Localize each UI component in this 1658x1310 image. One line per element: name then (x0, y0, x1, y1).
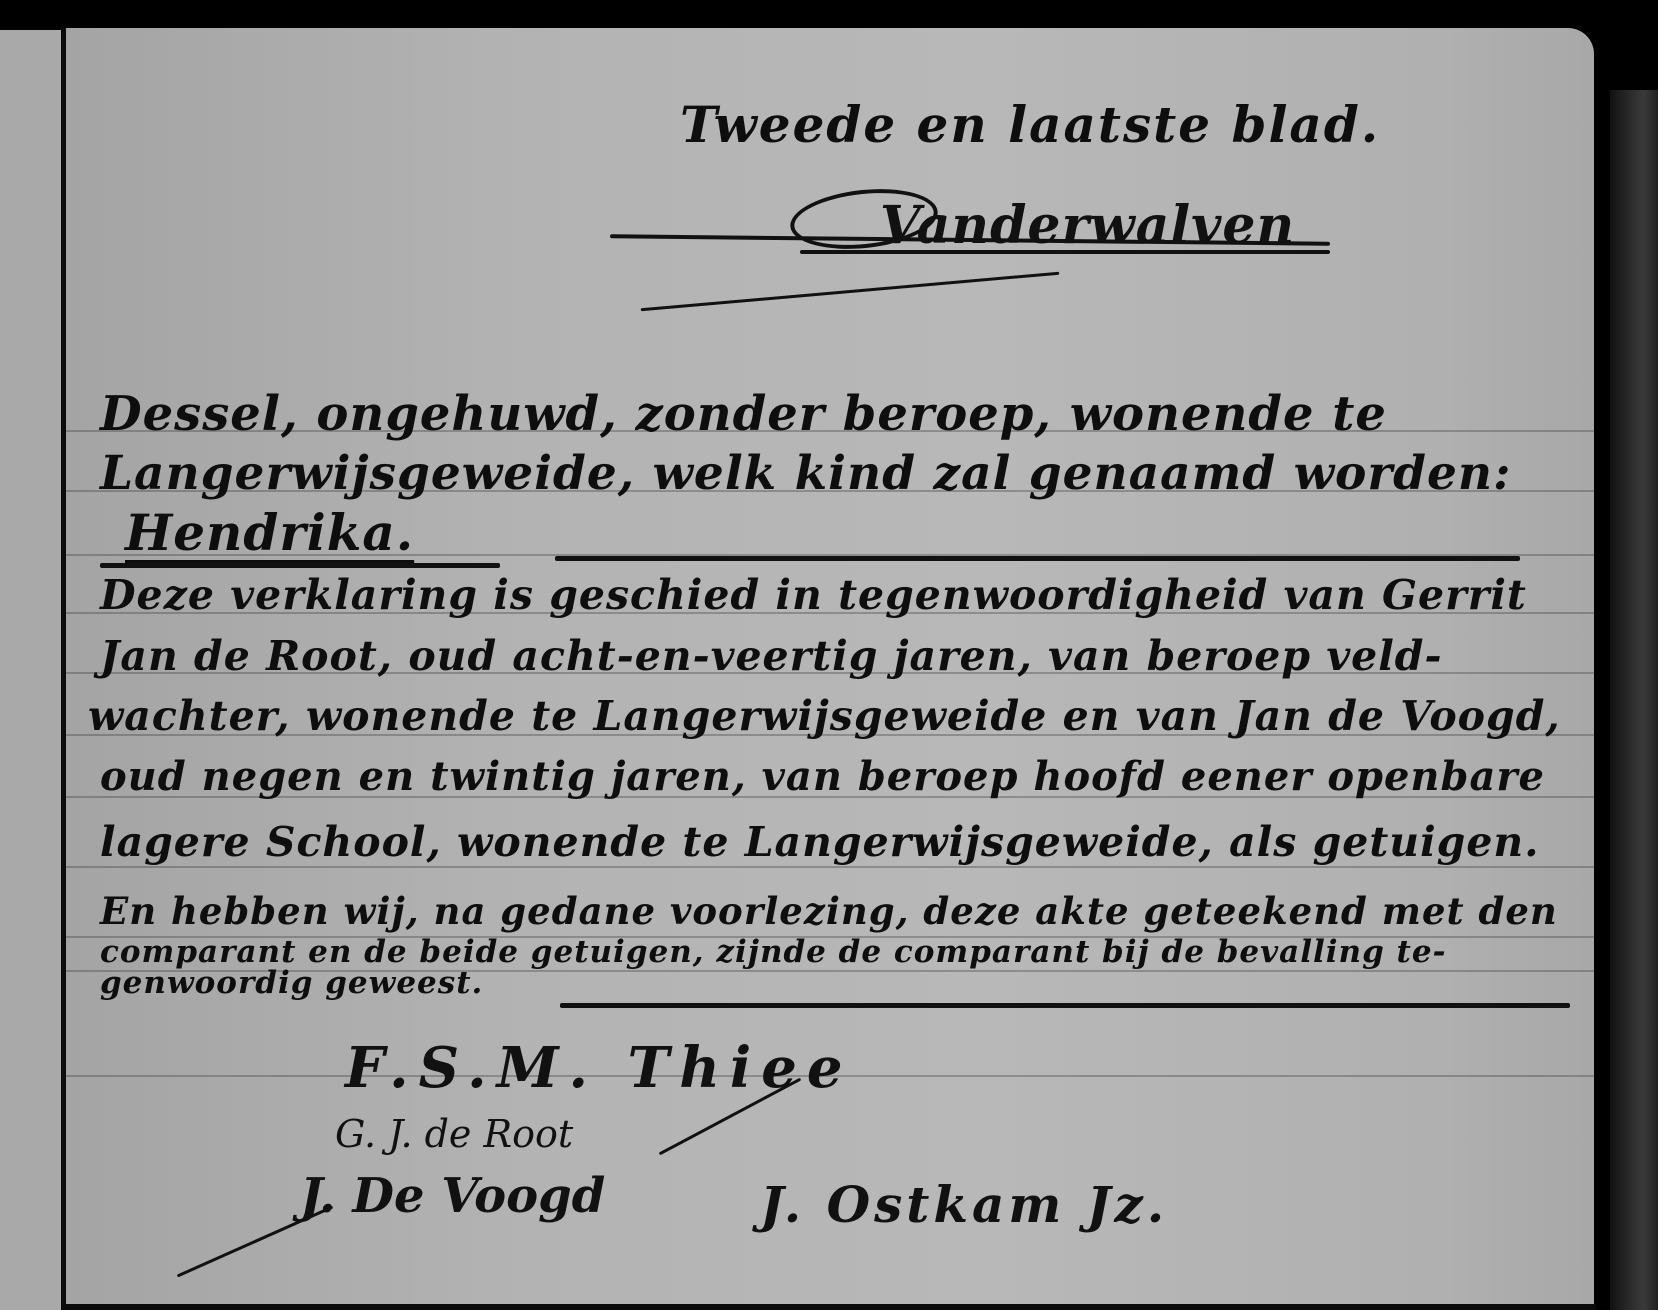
signature-official: F.S.M. Thiee (345, 1040, 852, 1096)
page-header: Tweede en laatste blad. (680, 100, 1380, 150)
scanned-document: Tweede en laatste blad. Vanderwalven Des… (0, 0, 1658, 1310)
body-line-11: genwoordig geweest. (100, 968, 483, 999)
body-line-8: lagere School, wonende te Langerwijsgewe… (100, 822, 1540, 863)
binding-shadow (1610, 90, 1658, 1310)
signature-witness-1: G. J. de Root (335, 1115, 573, 1153)
body-line-5: Jan de Root, oud acht-en-veertig jaren, … (100, 636, 1443, 677)
name-underline (100, 563, 500, 568)
body-line-6: wachter, wonende te Langerwijsgeweide en… (88, 696, 1561, 737)
body-line-1: Dessel, ongehuwd, zonder beroep, wonende… (100, 390, 1387, 438)
body-line-9: En hebben wij, na gedane voorlezing, dez… (100, 893, 1558, 930)
signature-witness-2: J. De Voogd (300, 1172, 605, 1220)
signature-declarant: J. Ostkam Jz. (760, 1180, 1168, 1230)
paper-left-margin (0, 30, 64, 1310)
body-line-2: Langerwijsgeweide, welk kind zal genaamd… (100, 450, 1511, 497)
child-name: Hendrika. (125, 508, 414, 558)
body-line-10: comparant en de beide getuigen, zijnde d… (100, 937, 1446, 968)
left-margin-line (61, 28, 66, 1310)
body-line-7: oud negen en twintig jaren, van beroep h… (100, 757, 1545, 797)
closing-fill-line (560, 1003, 1570, 1008)
ruled-line (66, 866, 1594, 868)
name-fill-line (555, 556, 1520, 561)
body-line-4: Deze verklaring is geschied in tegenwoor… (100, 575, 1527, 616)
paraph-underline (800, 250, 1330, 254)
bottom-border-line (61, 1304, 1596, 1310)
